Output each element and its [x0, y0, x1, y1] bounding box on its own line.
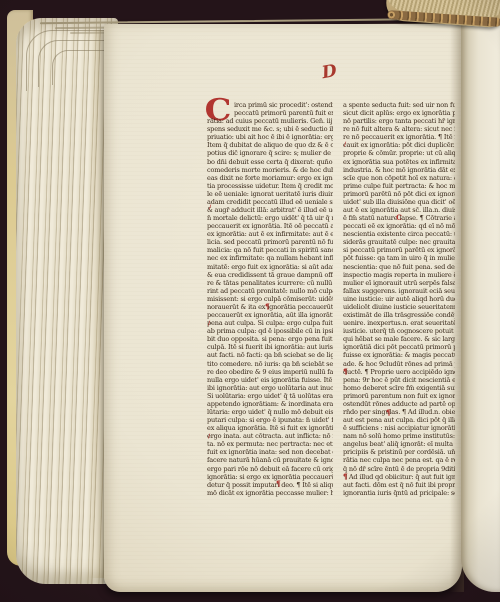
text-line: industria. & hoc mō ignorātia dāt excusa…: [343, 166, 455, 174]
text-line: rint ad peccatū pronitatē: nullo mō culp…: [207, 287, 333, 295]
text-line: nescientia existente circa peccatū: uel …: [343, 230, 455, 238]
text-line: re deo obedire & 9 eius imperiū nullū fa…: [207, 368, 333, 376]
text-line: tia processisse uidetur. Item q̄ credit …: [207, 182, 333, 190]
text-line: n̄ mortale delictū: ergo uidēt' q̄ tā ui…: [207, 214, 333, 222]
text-line: eas dixit ne forte moriamur: ergo ex ign…: [207, 174, 333, 182]
text-line: aut facti. dōm est q̄ nō fuit ibi propri…: [343, 481, 455, 489]
text-line: Si uolūtaria: ergo uidet' q̄ tā uolūtas …: [207, 392, 333, 400]
facing-page-edge: [461, 16, 500, 592]
text-line: nulla ergo uidet' eis ignorātia fuisse. …: [207, 376, 333, 384]
text-line: malicia: qa nō fuit peccati in spiritū s…: [207, 246, 333, 254]
text-line: tito comedere. nō iuris: qa bn̄ sciebāt …: [207, 360, 333, 368]
text-line: pena aut culpa. Si culpa: ergo culpa fui…: [207, 319, 333, 327]
text-line: re nō fuit altera & altera: sicut nec in…: [343, 125, 455, 133]
text-line: ignorantia iuris q̄ntū ad pricipale: sed…: [343, 489, 455, 497]
text-line: fuit ex ignorātia inata: sed non decebat…: [207, 448, 333, 456]
text-line: culpā. Itē si fuerit ibi ignorātia: aut …: [207, 343, 333, 351]
rubric-pilcrow: ¶: [343, 368, 348, 375]
text-line: putari culpa: si ergo ē ipunata: n̄ uide…: [207, 416, 333, 424]
text-line: licia. sed peccatū primorū parentū nō fu…: [207, 238, 333, 246]
text-line: ta. nō ex permuta: nec pertracta: nec et…: [207, 440, 333, 448]
text-line: uenire. inexpertus.n. erat seueritatē di…: [343, 319, 455, 327]
text-line: detur q̄ possit imputari deo. ¶ Itē si a…: [207, 481, 333, 489]
text-line: cauit ex ignorātia: pōt dici duplicēr. u…: [343, 141, 455, 149]
text-line: scīe que non cōpetit hoī ex natura: & in…: [343, 174, 455, 182]
text-line: ade. & hoc 9cludūt rōnes ad primā partē …: [343, 360, 455, 368]
text-line: ostendūt rōnes adducte ad partē oppositā…: [343, 400, 455, 408]
text-line: peccauerit ex ignorātia. Itē oē peccatū …: [207, 222, 333, 230]
text-line: mulier eī ignorauit utrū serpēs falsa di…: [343, 279, 455, 287]
text-line: nam nō solū homo prime institutūs: uerū …: [343, 432, 455, 440]
text-line: peccati eē ex ignorātia: qd eī nō mōtur …: [343, 222, 455, 230]
text-line: bo dn̄i debuit esse certa q̄ dixerat: qu…: [207, 158, 333, 166]
text-line: ignorātia: si ergo ex ignorātia peccauer…: [207, 473, 333, 481]
text-line: re nō peccauerit ex ignorātia. ¶ Itē nō …: [343, 133, 455, 141]
text-line: prime culpe fuit pertracta: & hoc mō pec…: [343, 182, 455, 190]
rubric-initial-c: C: [396, 214, 402, 221]
text-line: ex ignorātia sua potētes ex infirmitate:…: [343, 158, 455, 166]
text-line: & eua credidissent tā graue dampnū offen…: [207, 271, 333, 279]
text-line: ex aliqua ignorātia. Itē si fuit ex igno…: [207, 424, 333, 432]
rubric-pilcrow: ¶: [276, 480, 281, 487]
text-line: pricipiis & pristinū per cordēsiā. un̄ t…: [343, 448, 455, 456]
text-line: fallax suggerens. ignorauit eciā seuerit…: [343, 287, 455, 295]
text-line: existimāt de illa trāsgressiōe condēpnat…: [343, 311, 455, 319]
text-line: uidelicēt diuine iusticie seueritatem: q…: [343, 303, 455, 311]
text-line: uine iusticie: uir autē aliqd horū duorū…: [343, 295, 455, 303]
text-line: ignorātiā dici pōt peccatū primorū paren…: [343, 343, 455, 351]
text-line: spens seduxit me &c. s; ubi ē seductio i…: [207, 125, 333, 133]
folio-mark: D: [320, 61, 338, 83]
text-line: siderās grauitatē culpe: nec grauitatē p…: [343, 238, 455, 246]
text-line: pena: 9r hoc ē pūt dicit nescientiā eorū…: [343, 376, 455, 384]
text-line: appetendo ignorātiam: & inordinata erat …: [207, 400, 333, 408]
text-line: rātia: ad cuius peccatū mulieris. Gen̄. …: [207, 117, 333, 125]
text-line: nec ex infirmitate: qa nullam hebant inf…: [207, 254, 333, 262]
text-line: ab prima culpa: qd ē ipossibile cū in ip…: [207, 327, 333, 335]
text-line: aut facti. nō facti: qa bn̄ sciebat se d…: [207, 351, 333, 359]
rubric-stroke: ∕: [344, 141, 346, 148]
text-line: misissent: si ergo culpā cōmiserūt: uidē…: [207, 295, 333, 303]
text-line: homo deberet scīre fm̄ exigentiā sui sta…: [343, 384, 455, 392]
rubric-pilcrow: ¶: [265, 303, 270, 310]
text-line: comederis morte morieris. & de hoc dubit…: [207, 166, 333, 174]
text-line: le eē ueniale: ignorat ueritatē iuris di…: [207, 190, 333, 198]
text-line: bit duo opposita. si pena: ergo pena fui…: [207, 335, 333, 343]
text-line: irca primū sic procedit': ostendit' q̄ p…: [207, 101, 333, 109]
text-line: rātia nec culpa nec pena est. qa ē rerū …: [343, 456, 455, 464]
text-line: facere naturā hūanā cū prauitate & ignor…: [207, 456, 333, 464]
text-line: ¶ Ad illud qd obiicitur: q̄ aut fuit ign…: [343, 473, 455, 481]
text-line: fuisse ex ignorātia: & magis peccatum eu…: [343, 351, 455, 359]
text-line: mitatē: ergo fuit ex ignorātia: si aūt a…: [207, 263, 333, 271]
text-line: angelus beat' aliq̄ ignorāt: eī multa ne…: [343, 440, 455, 448]
text-line: norauerūt & ita ex ignorātia peccauerūt.…: [207, 303, 333, 311]
text-line: ē sufficiens : nisi accipiatur ignorātia…: [343, 424, 455, 432]
text-line: re & tātas penalitates icurrere: cū null…: [207, 279, 333, 287]
text-line: peccauerūt ex ignorātia, aūt illa ignorā…: [207, 311, 333, 319]
text-line: q̄ nō dr̄ scīre ēntū ē de propria 9ditiō…: [343, 465, 455, 473]
text-line: proprie & cōmūr. proprie: ut cū aliqēs e…: [343, 149, 455, 157]
text-line: primorū parētū nō pōt dici ex ignorātia:…: [343, 190, 455, 198]
rubric-pilcrow: ¶: [386, 409, 391, 416]
text-line: Item q̄ dubitat de aliquo de quo dz & ē …: [207, 141, 333, 149]
text-line: ibi ignorātia: aut ergo uolūtaria aut in…: [207, 384, 333, 392]
text-column-left: irca primū sic procedit': ostendit' q̄ p…: [207, 101, 333, 497]
text-line: sicut dicit aplūs: ergo ex ignorātia pec…: [343, 109, 455, 117]
text-line: aut est pena aut culpa. dici pōt q̄ illa…: [343, 416, 455, 424]
text-line: adam credidit peccatū illud eē ueniale s…: [207, 198, 333, 206]
rubric-pilcrow: ¶: [343, 473, 348, 480]
text-line: nescientia: que nō fuit pena. sed defect…: [343, 263, 455, 271]
text-line: rn̄do per singulas. ¶ Ad illud.n. obiect…: [343, 408, 455, 416]
text-line: lūtaria: ergo uidet' q̄ nullo mō debuit …: [207, 408, 333, 416]
text-line: & augr̄ adducit illā: arbitrat' ē illud …: [207, 206, 333, 214]
text-line: nō partilis: ergo tanta peccati hr̄ igno…: [343, 117, 455, 125]
text-line: peccatū primorū parentū fuit ex igno: [207, 109, 333, 117]
text-line: pōt fuisse: qa tam in uiro q̄ in muliere…: [343, 254, 455, 262]
text-line: inspectio magis reperta in muliere q̄ in…: [343, 271, 455, 279]
text-line: si peccatū primorū parētū ex ignorātia d…: [343, 246, 455, 254]
text-line: priuatio: ubi ait hoc ē ibi ē ignorātia:…: [207, 133, 333, 141]
text-line: ergo inata. aut cōtracta. aut inflicta: …: [207, 432, 333, 440]
text-line: qui hēbat se male facere. & sic large ac…: [343, 335, 455, 343]
book-photograph: D C irca primū sic procedit': ostendit' …: [0, 0, 500, 602]
text-line: a spente seducta fuit: sed uir non fuit …: [343, 101, 455, 109]
text-line: potius dic̄ ignorare q̄ scire: s; mulier…: [207, 149, 333, 157]
text-line: primorū parentum non fuit ex ignorātia: …: [343, 392, 455, 400]
text-line: ergo pari rōe nō debuit eā facere cū ori…: [207, 465, 333, 473]
text-line: uidet' sub illa diuisiōne qua dicit' oē …: [343, 198, 455, 206]
rubric-stroke: ∕: [208, 320, 210, 327]
rubric-stroke: ∕: [208, 433, 210, 440]
text-line: mō dicāt ex ignorātia peccasse mulier: h…: [207, 489, 333, 497]
rubric-stroke: ∕: [209, 204, 211, 211]
text-line: ex ignorātia: aut ē ex infirmitate: aut …: [207, 230, 333, 238]
text-line: iusticie. uterq̄ tn̄ cognoscere potuit &…: [343, 327, 455, 335]
text-column-right: a spente seducta fuit: sed uir non fuit …: [343, 101, 455, 497]
text-line: ductē. ¶ Proprie uero accipiēdo ignorāti…: [343, 368, 455, 376]
